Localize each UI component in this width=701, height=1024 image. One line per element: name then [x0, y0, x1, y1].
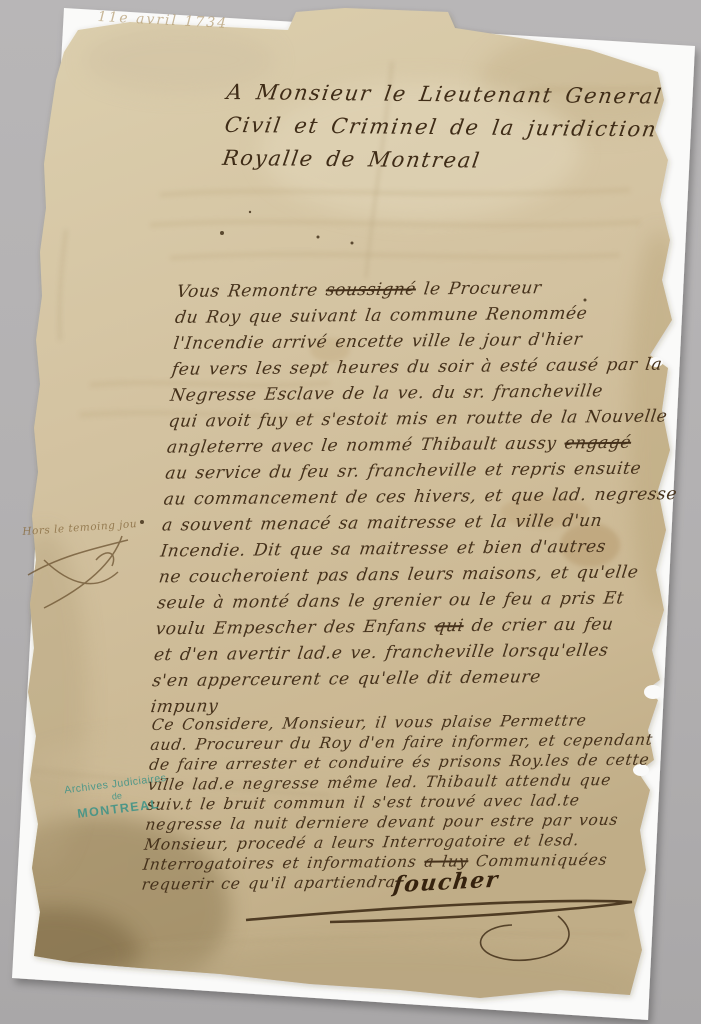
text-line: Royalle de Montreal — [219, 148, 660, 186]
petition-paragraph-1: Vous Remontre soussigné le Procureurdu R… — [149, 284, 689, 757]
archival-document-scan: 11e avril 1734 A Monsieur le Lieutenant … — [0, 0, 701, 1024]
